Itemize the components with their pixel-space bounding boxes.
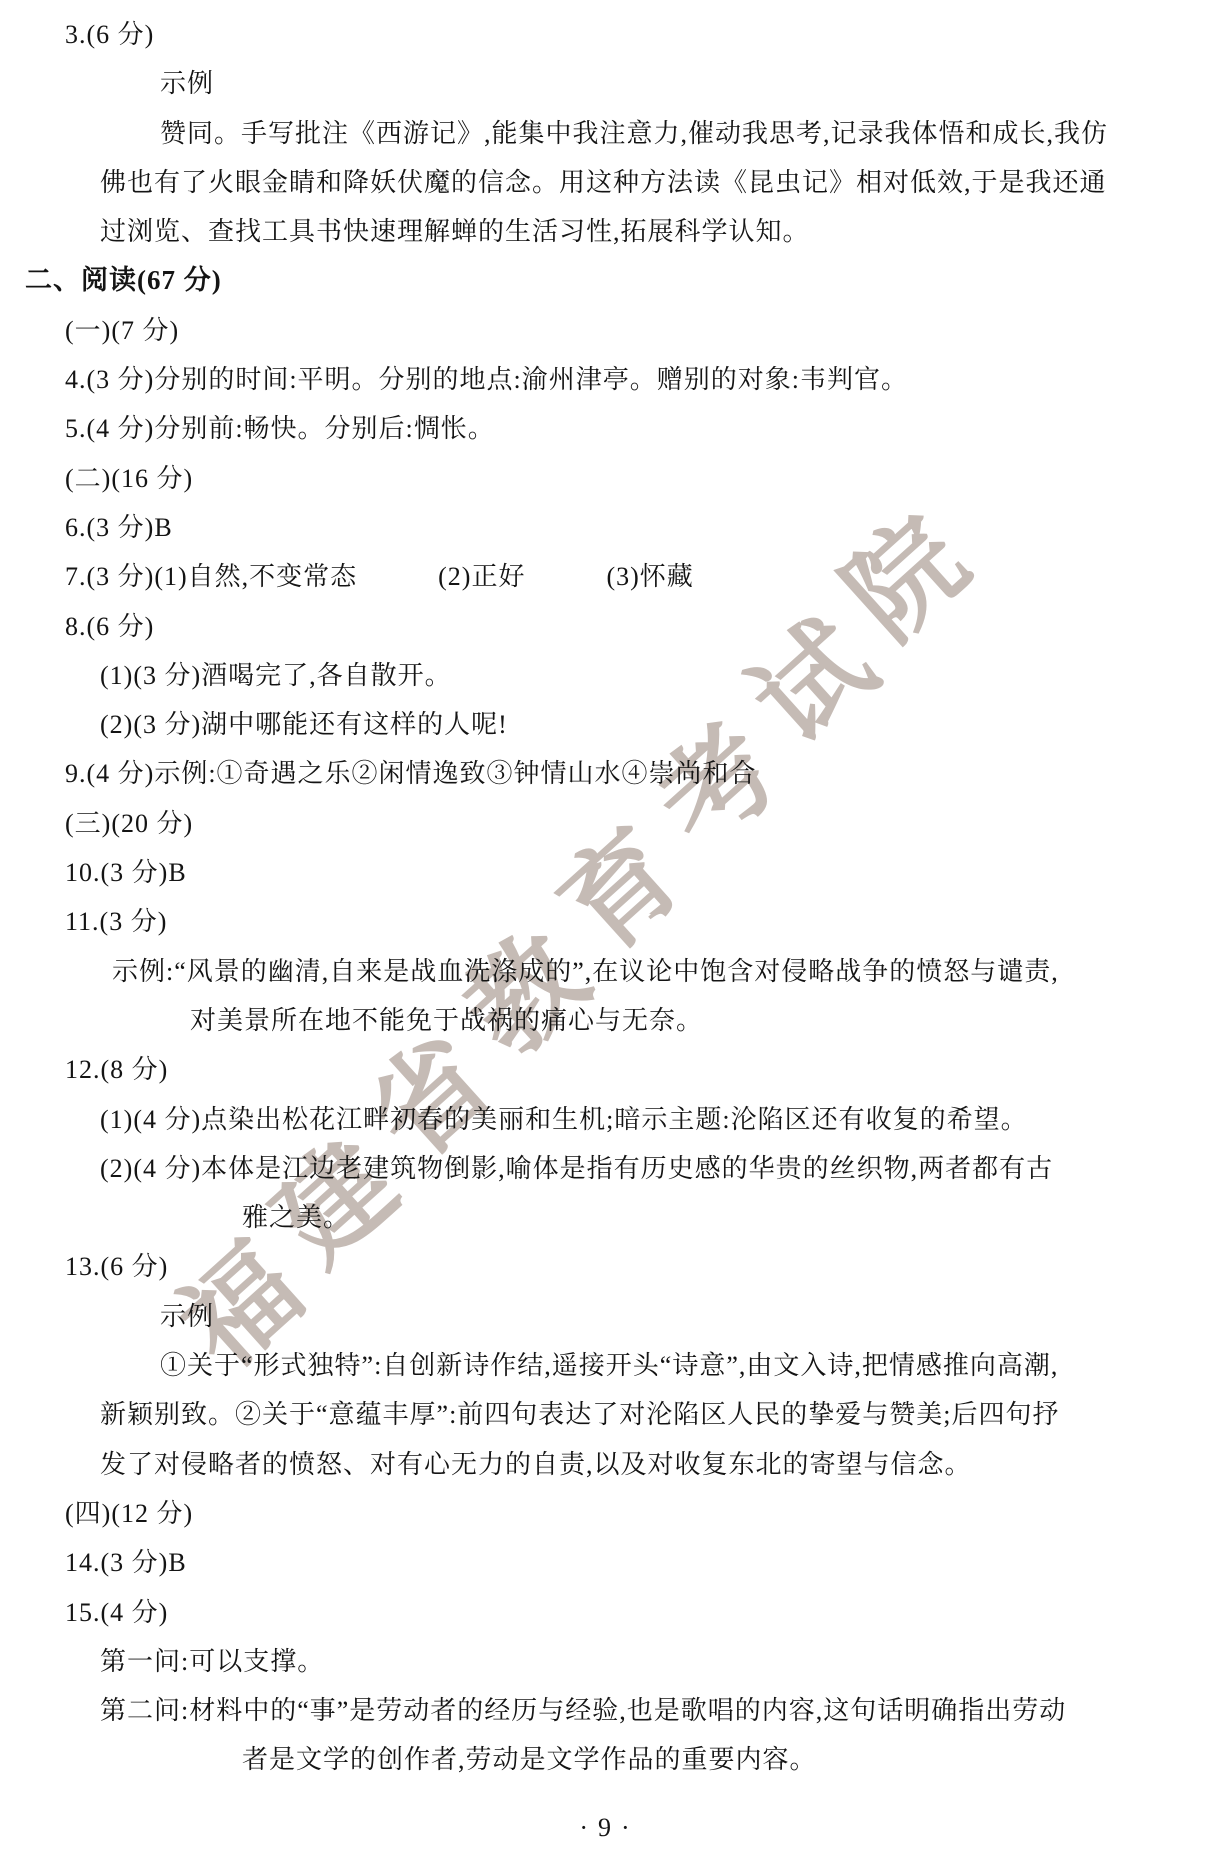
answer-line-q12-2: (2)(4 分)本体是江边老建筑物倒影,喻体是指有历史感的华贵的丝织物,两者都有… (0, 1144, 1219, 1193)
example-label: 示例 (0, 1292, 1219, 1341)
answer-line-q4: 4.(3 分)分别的时间:平明。分别的地点:渝州津亭。赠别的对象:韦判官。 (0, 355, 1219, 404)
answer-line-q7: 7.(3 分)(1)自然,不变常态 (2)正好 (3)怀藏 (0, 552, 1219, 601)
answer-line-q15: 15.(4 分) (0, 1588, 1219, 1637)
answer-line-q9: 9.(4 分)示例:①奇遇之乐②闲情逸致③钟情山水④崇尚和合 (0, 749, 1219, 798)
answer-line-q14: 14.(3 分)B (0, 1538, 1219, 1587)
answer-line: 雅之美。 (0, 1193, 1219, 1242)
answer-line-q12: 12.(8 分) (0, 1045, 1219, 1094)
answer-line-q8: 8.(6 分) (0, 602, 1219, 651)
answer-line: 佛也有了火眼金睛和降妖伏魔的信念。用这种方法读《昆虫记》相对低效,于是我还通 (0, 158, 1219, 207)
answer-line-q15-first: 第一问:可以支撑。 (0, 1637, 1219, 1686)
section-header-reading: 二、阅读(67 分) (0, 256, 1219, 305)
answer-line: 者是文学的创作者,劳动是文学作品的重要内容。 (0, 1735, 1219, 1784)
subsection-1: (一)(7 分) (0, 306, 1219, 355)
answer-line: 对美景所在地不能免于战祸的痛心与无奈。 (0, 996, 1219, 1045)
page-number: ·9· (0, 1813, 1219, 1843)
answer-line: ①关于“形式独特”:自创新诗作结,遥接开头“诗意”,由文入诗,把情感推向高潮, (0, 1341, 1219, 1390)
subsection-3: (三)(20 分) (0, 799, 1219, 848)
answer-line-q11: 11.(3 分) (0, 897, 1219, 946)
answer-body: 3.(6 分) 示例 赞同。手写批注《西游记》,能集中我注意力,催动我思考,记录… (0, 10, 1219, 1785)
answer-line-q10: 10.(3 分)B (0, 848, 1219, 897)
answer-line-q12-1: (1)(4 分)点染出松花江畔初春的美丽和生机;暗示主题:沦陷区还有收复的希望。 (0, 1095, 1219, 1144)
subsection-2: (二)(16 分) (0, 454, 1219, 503)
answer-line: 过浏览、查找工具书快速理解蝉的生活习性,拓展科学认知。 (0, 207, 1219, 256)
answer-line: 示例:“风景的幽清,自来是战血洗涤成的”,在议论中饱含对侵略战争的愤怒与谴责, (0, 947, 1219, 996)
answer-line-q8-1: (1)(3 分)酒喝完了,各自散开。 (0, 651, 1219, 700)
answer-line-q13: 13.(6 分) (0, 1242, 1219, 1291)
answer-line: 发了对侵略者的愤怒、对有心无力的自责,以及对收复东北的寄望与信念。 (0, 1440, 1219, 1489)
answer-line-q6: 6.(3 分)B (0, 503, 1219, 552)
answer-line-q15-second: 第二问:材料中的“事”是劳动者的经历与经验,也是歌唱的内容,这句话明确指出劳动 (0, 1686, 1219, 1735)
answer-line: 赞同。手写批注《西游记》,能集中我注意力,催动我思考,记录我体悟和成长,我仿 (0, 109, 1219, 158)
answer-line: 新颖别致。②关于“意蕴丰厚”:前四句表达了对沦陷区人民的挚爱与赞美;后四句抒 (0, 1390, 1219, 1439)
example-label: 示例 (0, 59, 1219, 108)
answer-line-q3: 3.(6 分) (0, 10, 1219, 59)
answer-line-q8-2: (2)(3 分)湖中哪能还有这样的人呢! (0, 700, 1219, 749)
answer-line-q5: 5.(4 分)分别前:畅快。分别后:惆怅。 (0, 404, 1219, 453)
subsection-4: (四)(12 分) (0, 1489, 1219, 1538)
answer-key-page: 福 建 省 教 育 考 试 院 3.(6 分) 示例 赞同。手写批注《西游记》,… (0, 0, 1219, 1859)
